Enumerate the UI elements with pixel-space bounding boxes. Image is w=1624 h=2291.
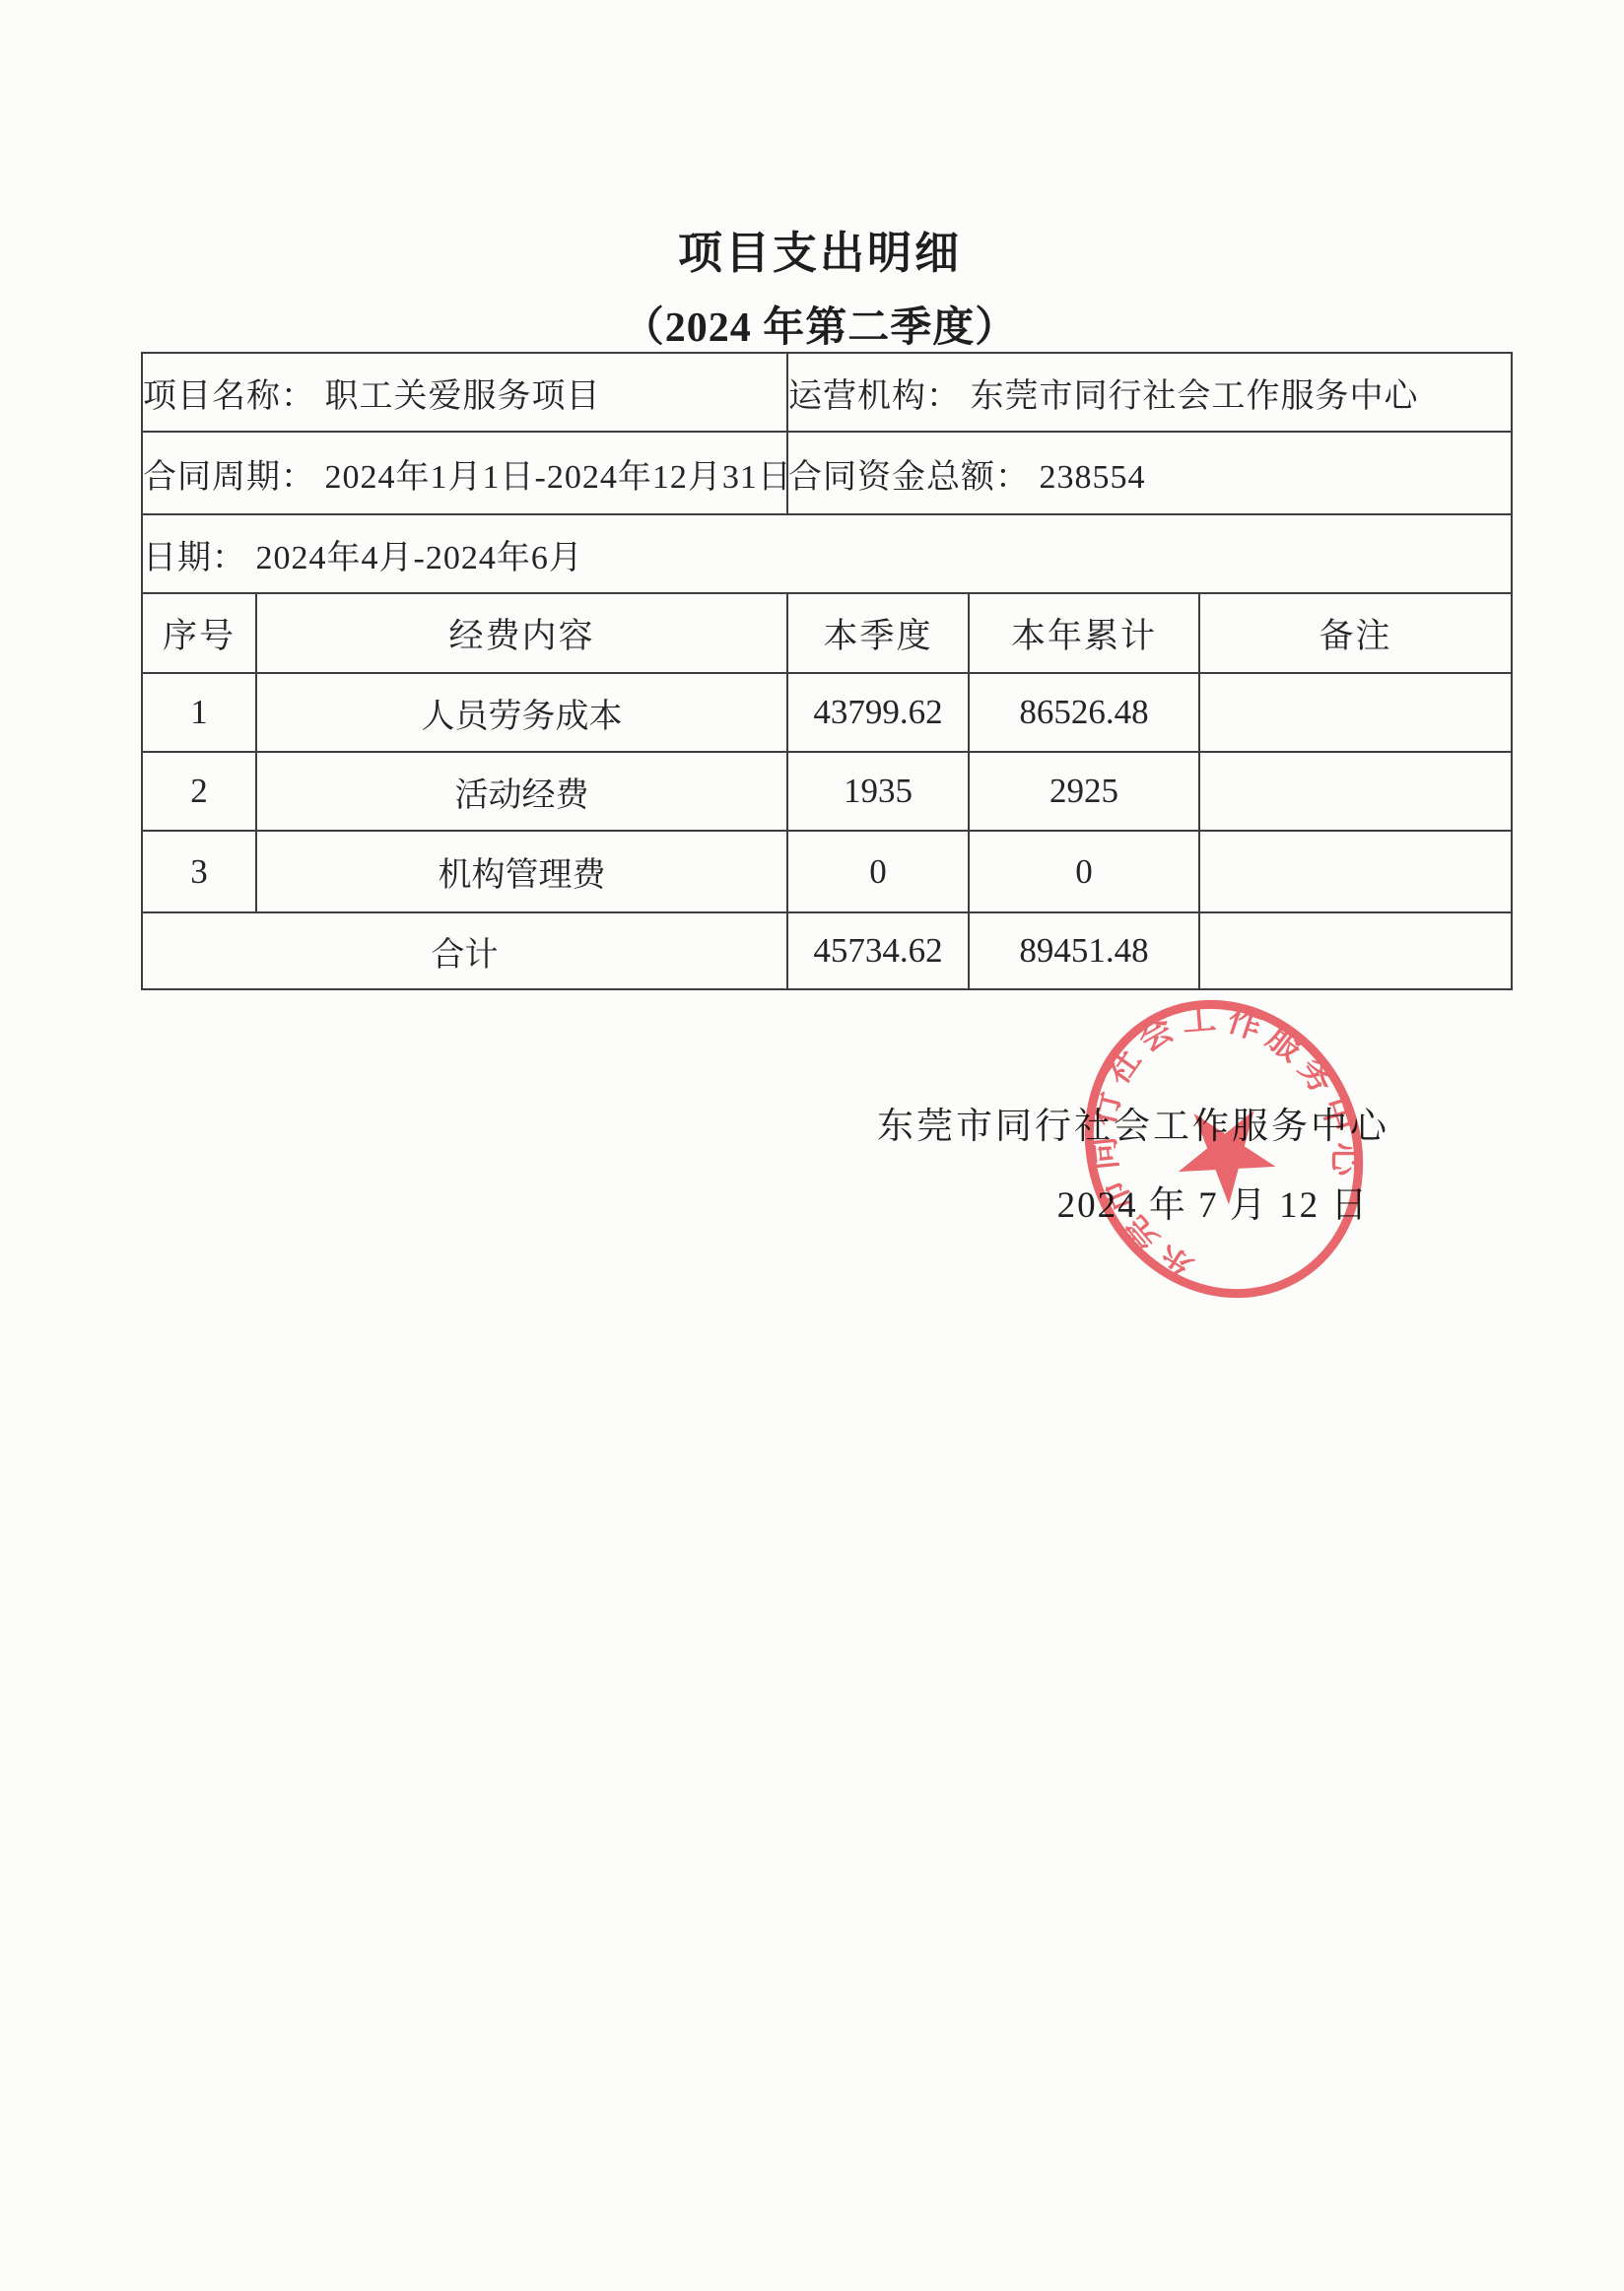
total-label: 合计 [142, 912, 787, 989]
total-note [1199, 912, 1512, 989]
row-content: 人员劳务成本 [256, 673, 787, 752]
date-range-cell: 日期： 2024年4月-2024年6月 [142, 514, 1512, 593]
page-subtitle: （2024 年第二季度） [16, 295, 1624, 354]
contract-total-cell: 合同资金总额： 238554 [787, 432, 1512, 514]
table-row: 1 人员劳务成本 43799.62 86526.48 [142, 673, 1512, 752]
info-row-date: 日期： 2024年4月-2024年6月 [142, 514, 1512, 593]
table-row: 2 活动经费 1935 2925 [142, 752, 1512, 831]
row-ytd: 0 [969, 831, 1199, 912]
row-content: 活动经费 [256, 752, 787, 831]
row-quarter: 43799.62 [787, 673, 969, 752]
header-ytd: 本年累计 [969, 593, 1199, 673]
contract-period-cell: 合同周期： 2024年1月1日-2024年12月31日 [142, 432, 787, 514]
header-content: 经费内容 [256, 593, 787, 673]
row-ytd: 86526.48 [969, 673, 1199, 752]
row-note [1199, 673, 1512, 752]
info-row-contract: 合同周期： 2024年1月1日-2024年12月31日 合同资金总额： 2385… [142, 432, 1512, 514]
total-ytd: 89451.48 [969, 912, 1199, 989]
info-row-project: 项目名称： 职工关爱服务项目 运营机构： 东莞市同行社会工作服务中心 [142, 353, 1512, 432]
expense-table: 项目名称： 职工关爱服务项目 运营机构： 东莞市同行社会工作服务中心 合同周期：… [141, 352, 1513, 990]
signature-org: 东莞市同行社会工作服务中心 [857, 1096, 1409, 1149]
row-quarter: 1935 [787, 752, 969, 831]
header-quarter: 本季度 [787, 593, 969, 673]
row-no: 2 [142, 752, 256, 831]
operator-cell: 运营机构： 东莞市同行社会工作服务中心 [787, 353, 1512, 432]
header-no: 序号 [142, 593, 256, 673]
scanned-document-page: 项目支出明细 （2024 年第二季度） 项目名称： 职工关爱服务项目 运营机构：… [0, 0, 1624, 2291]
official-stamp: 东莞市同行社会工作服务中心 [1076, 986, 1372, 1312]
table-row: 3 机构管理费 0 0 [142, 831, 1512, 912]
row-note [1199, 752, 1512, 831]
table-header-row: 序号 经费内容 本季度 本年累计 备注 [142, 593, 1512, 673]
header-note: 备注 [1199, 593, 1512, 673]
row-no: 3 [142, 831, 256, 912]
row-no: 1 [142, 673, 256, 752]
signature-date: 2024 年 7 月 12 日 [937, 1175, 1489, 1228]
page-title: 项目支出明细 [16, 217, 1624, 281]
project-name-cell: 项目名称： 职工关爱服务项目 [142, 353, 787, 432]
stamp-ring [1076, 986, 1372, 1312]
row-content: 机构管理费 [256, 831, 787, 912]
total-quarter: 45734.62 [787, 912, 969, 989]
row-note [1199, 831, 1512, 912]
table-total-row: 合计 45734.62 89451.48 [142, 912, 1512, 989]
row-ytd: 2925 [969, 752, 1199, 831]
row-quarter: 0 [787, 831, 969, 912]
